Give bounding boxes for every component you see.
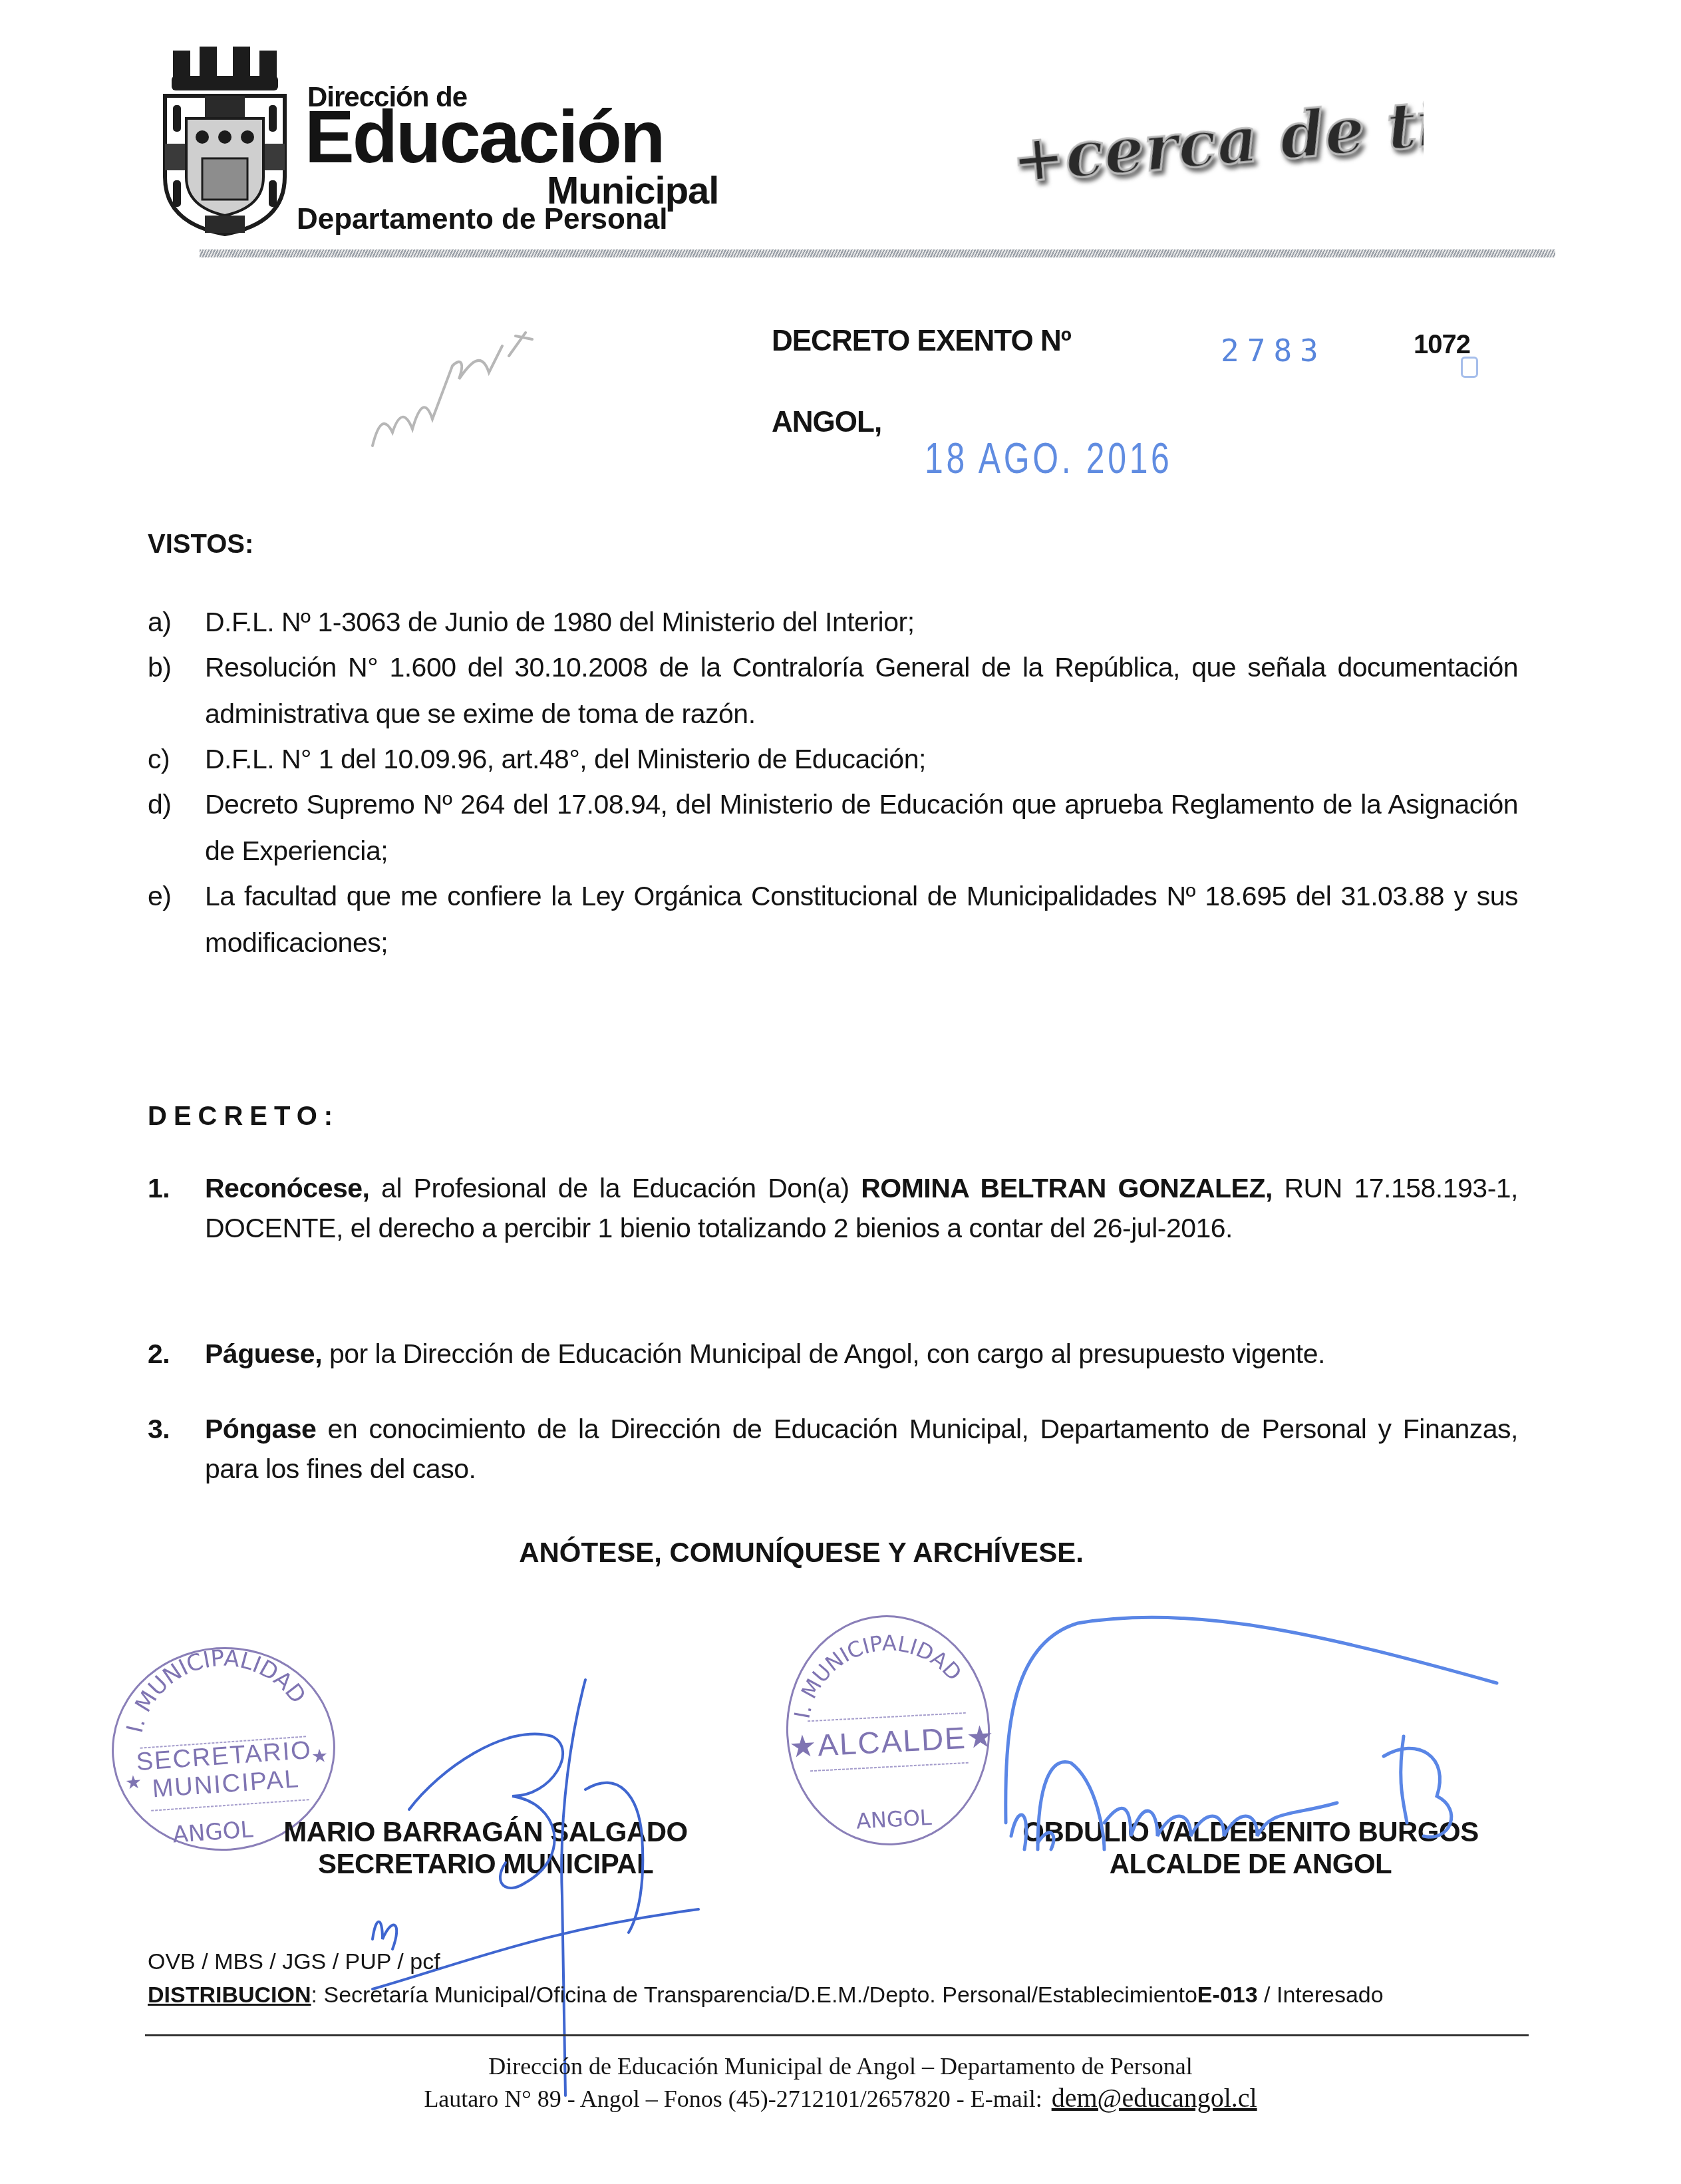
item-text: Decreto Supremo Nº 264 del 17.08.94, del… xyxy=(205,781,1518,874)
municipal-coat-of-arms-icon xyxy=(158,44,291,237)
decreto-heading: DECRETO: xyxy=(148,1102,339,1132)
svg-text:ANGOL: ANGOL xyxy=(855,1805,933,1834)
item-label: d) xyxy=(148,781,171,828)
secretary-role: SECRETARIO MUNICIPAL xyxy=(266,1848,705,1880)
vistos-heading: VISTOS: xyxy=(148,530,253,559)
footer-line-1: Dirección de Educación Municipal de Ango… xyxy=(0,2052,1681,2080)
decreto-item: 1. Reconócese, al Profesional de la Educ… xyxy=(148,1168,1518,1248)
secretary-signature xyxy=(373,1680,698,2096)
vistos-item: d) Decreto Supremo Nº 264 del 17.08.94, … xyxy=(148,781,1518,874)
item-label: 3. xyxy=(148,1409,170,1449)
item-label: a) xyxy=(148,599,171,645)
distribution-line: DISTRIBUCION: Secretaría Municipal/Ofici… xyxy=(148,1982,1384,2008)
handwritten-annotation xyxy=(359,319,559,452)
item-label: c) xyxy=(148,736,170,782)
item-lead: Póngase xyxy=(205,1414,316,1444)
item-label: 2. xyxy=(148,1330,170,1377)
item-text: La facultad que me confiere la Ley Orgán… xyxy=(205,873,1518,966)
closing-formula: ANÓTESE, COMUNÍQUESE Y ARCHÍVESE. xyxy=(0,1537,1681,1569)
mayor-role: ALCALDE DE ANGOL xyxy=(1004,1848,1497,1880)
item-text: D.F.L. Nº 1-3063 de Junio de 1980 del Mi… xyxy=(205,599,1518,645)
header-divider xyxy=(200,249,1555,257)
distribution-text: : Secretaría Municipal/Oficina de Transp… xyxy=(311,1982,1197,2008)
slogan-text: +cerca de ti xyxy=(1008,93,1424,193)
stamped-date: 18 AGO. 2016 xyxy=(925,434,1173,483)
item-text: Reconócese, al Profesional de la Educaci… xyxy=(205,1168,1518,1248)
closing-text: ANÓTESE, COMUNÍQUESE Y ARCHÍVESE. xyxy=(519,1537,1084,1568)
mayor-seal: I. MUNICIPALIDAD ANGOL ★ALCALDE★ xyxy=(780,1610,996,1851)
mayor-signature xyxy=(1006,1617,1497,1849)
item-lead: Páguese, xyxy=(205,1338,322,1369)
letterhead-title: Educación xyxy=(305,100,663,174)
item-text: D.F.L. N° 1 del 10.09.96, art.48°, del M… xyxy=(205,736,1518,782)
item-text-part: en conocimiento de la Dirección de Educa… xyxy=(205,1414,1518,1484)
item-label: b) xyxy=(148,644,171,691)
decreto-item: 2. Páguese, por la Dirección de Educació… xyxy=(148,1330,1518,1377)
item-text: Resolución N° 1.600 del 30.10.2008 de la… xyxy=(205,644,1518,737)
teacher-name: ROMINA BELTRAN GONZALEZ, xyxy=(861,1173,1273,1203)
stamped-decree-number: 2783 xyxy=(1221,333,1326,369)
vistos-item: c) D.F.L. N° 1 del 10.09.96, art.48°, de… xyxy=(148,736,1518,782)
decreto-item: 3. Póngase en conocimiento de la Direcci… xyxy=(148,1409,1518,1489)
vistos-item: b) Resolución N° 1.600 del 30.10.2008 de… xyxy=(148,644,1518,737)
secretary-name: MARIO BARRAGÁN SALGADO xyxy=(266,1816,705,1848)
establishment-code: E-013 xyxy=(1197,1982,1258,2008)
slogan-logo: +cerca de ti xyxy=(998,93,1424,193)
footer-divider xyxy=(145,2034,1529,2036)
svg-text:ANGOL: ANGOL xyxy=(172,1816,253,1848)
vistos-item: e) La facultad que me confiere la Ley Or… xyxy=(148,873,1518,966)
initials-line: OVB / MBS / JGS / PUP / pcf xyxy=(148,1949,440,1975)
secretary-signature-block: MARIO BARRAGÁN SALGADO SECRETARIO MUNICI… xyxy=(266,1816,705,1880)
item-label: e) xyxy=(148,873,171,919)
footer-address: Lautaro N° 89 - Angol – Fonos (45)-27121… xyxy=(424,2086,1042,2112)
item-text: Páguese, por la Dirección de Educación M… xyxy=(205,1330,1518,1377)
stamp-correction-mark xyxy=(1461,357,1478,378)
svg-text:I. MUNICIPALIDAD: I. MUNICIPALIDAD xyxy=(785,1626,969,1722)
decree-place: ANGOL, xyxy=(772,406,881,439)
letterhead-department: Departamento de Personal xyxy=(297,205,668,234)
distribution-label: DISTRIBUCION xyxy=(148,1982,311,2008)
reference-number: 1072 xyxy=(1414,330,1470,360)
item-text: Póngase en conocimiento de la Dirección … xyxy=(205,1409,1518,1489)
distribution-text: / Interesado xyxy=(1258,1982,1384,2008)
seal-role: ALCALDE xyxy=(817,1720,967,1763)
item-text-part: por la Dirección de Educación Municipal … xyxy=(322,1338,1325,1369)
mayor-signature-block: OBDULIO VALDEBENITO BURGOS ALCALDE DE AN… xyxy=(1004,1816,1497,1880)
item-lead: Reconócese, xyxy=(205,1173,369,1203)
footer-line-2: Lautaro N° 89 - Angol – Fonos (45)-27121… xyxy=(0,2082,1681,2113)
footer-email-link[interactable]: dem@educangol.cl xyxy=(1052,2083,1257,2113)
decree-title: DECRETO EXENTO Nº xyxy=(772,325,1071,358)
item-text-part: al Profesional de la Educación Don(a) xyxy=(369,1173,861,1203)
svg-text:I. MUNICIPALIDAD: I. MUNICIPALIDAD xyxy=(116,1642,313,1737)
vistos-item: a) D.F.L. Nº 1-3063 de Junio de 1980 del… xyxy=(148,599,1518,645)
item-label: 1. xyxy=(148,1168,170,1208)
mayor-name: OBDULIO VALDEBENITO BURGOS xyxy=(1004,1816,1497,1848)
